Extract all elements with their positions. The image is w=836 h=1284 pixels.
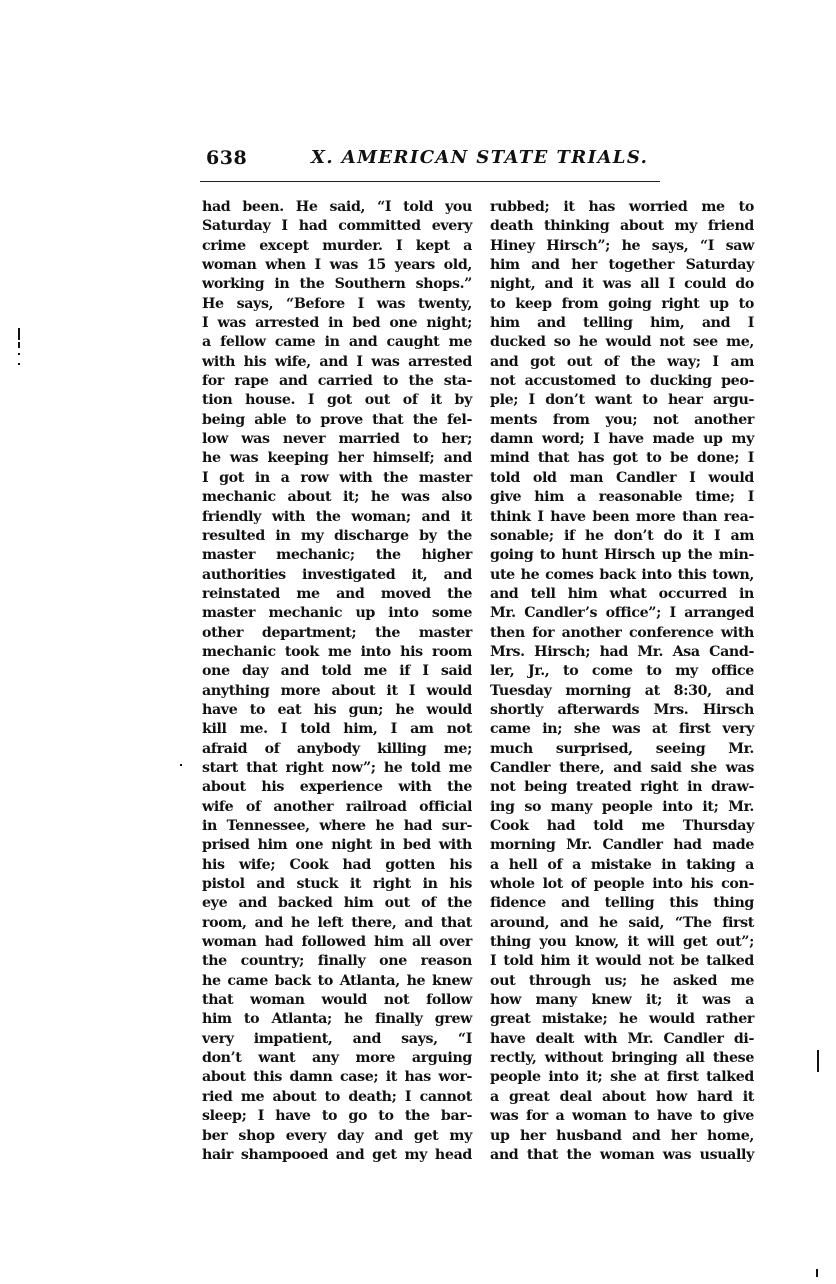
text-line: start that right now”; he told me [202,759,472,778]
text-line: a fellow came in and caught me [202,333,472,352]
text-line: anything more about it I would [202,682,472,701]
text-line: I told him it would not be talked [490,952,754,971]
text-line: Mr. Candler’s office”; I arranged [490,604,754,623]
text-line: ler, Jr., to come to my office [490,662,754,681]
text-line: him and her together Saturday [490,256,754,275]
text-line: sleep; I have to go to the bar- [202,1107,472,1126]
text-line: how many knew it; it was a [490,991,754,1010]
text-line: about his experience with the [202,778,472,797]
text-line: whole lot of people into his con- [490,875,754,894]
text-line: room, and he left there, and that [202,914,472,933]
text-line: I was arrested in bed one night; [202,314,472,333]
margin-mark-bottom-right [816,1269,818,1277]
text-line: give him a reasonable time; I [490,488,754,507]
text-line: pistol and stuck it right in his [202,875,472,894]
margin-mark-left [18,328,20,340]
text-line: ments from you; not another [490,411,754,430]
text-line: low was never married to her; [202,430,472,449]
text-line: woman when I was 15 years old, [202,256,472,275]
text-line: a great deal about how hard it [490,1088,754,1107]
text-line: reinstated me and moved the [202,585,472,604]
book-page: 638 X. AMERICAN STATE TRIALS. had been. … [0,0,836,1284]
text-line: resulted in my discharge by the [202,527,472,546]
text-line: ducked so he would not see me, [490,333,754,352]
text-line: have to eat his gun; he would [202,701,472,720]
text-line: ber shop every day and get my [202,1127,472,1146]
text-line: master mechanic up into some [202,604,472,623]
text-line: crime except murder. I kept a [202,237,472,256]
text-line: then for another conference with [490,624,754,643]
text-line: shortly afterwards Mrs. Hirsch [490,701,754,720]
text-line: out through us; he asked me [490,972,754,991]
text-line: ing so many people into it; Mr. [490,798,754,817]
text-line: afraid of anybody killing me; [202,740,472,759]
text-line: his wife; Cook had gotten his [202,856,472,875]
margin-mark-left-dot [18,353,20,355]
text-line: mind that has got to be done; I [490,449,754,468]
text-line: other department; the master [202,624,472,643]
text-line: he was keeping her himself; and [202,449,472,468]
text-line: him to Atlanta; he finally grew [202,1010,472,1029]
text-line: ried me about to death; I cannot [202,1088,472,1107]
text-line: for rape and carried to the sta- [202,372,472,391]
text-line: to keep from going right up to [490,295,754,314]
margin-mark-left-dot-2 [18,363,20,365]
text-line: around, and he said, “The first [490,914,754,933]
text-line: don’t want any more arguing [202,1049,472,1068]
text-line: rectly, without bringing all these [490,1049,754,1068]
text-line: working in the Southern shops.” [202,275,472,294]
text-line: damn word; I have made up my [490,430,754,449]
text-line: people into it; she at first talked [490,1068,754,1087]
text-line: one day and told me if I said [202,662,472,681]
text-line: morning Mr. Candler had made [490,836,754,855]
text-line: and that the woman was usually [490,1146,754,1165]
text-line: death thinking about my friend [490,217,754,236]
text-line: going to hunt Hirsch up the min- [490,546,754,565]
text-line: friendly with the woman; and it [202,508,472,527]
text-line: mechanic took me into his room [202,643,472,662]
text-line: that woman would not follow [202,991,472,1010]
text-line: fidence and telling this thing [490,894,754,913]
text-line: and tell him what occurred in [490,585,754,604]
text-line: he came back to Atlanta, he knew [202,972,472,991]
text-line: rubbed; it has worried me to [490,198,754,217]
header-rule [200,181,660,182]
text-line: Candler there, and said she was [490,759,754,778]
text-line: very impatient, and says, “I [202,1030,472,1049]
text-line: the country; finally one reason [202,952,472,971]
text-line: much surprised, seeing Mr. [490,740,754,759]
text-line: kill me. I told him, I am not [202,720,472,739]
running-title: X. AMERICAN STATE TRIALS. [311,147,648,168]
text-line: Hiney Hirsch”; he says, “I saw [490,237,754,256]
text-line: Cook had told me Thursday [490,817,754,836]
text-line: a hell of a mistake in taking a [490,856,754,875]
left-column: had been. He said, “I told youSaturday I… [202,198,472,1165]
margin-mark-left-2 [18,342,20,348]
text-line: master mechanic; the higher [202,546,472,565]
margin-dot-left-column [180,764,182,766]
text-line: told old man Candler I would [490,469,754,488]
text-line: ute he comes back into this town, [490,566,754,585]
text-line: mechanic about it; he was also [202,488,472,507]
text-line: sonable; if he don’t do it I am [490,527,754,546]
text-line: He says, “Before I was twenty, [202,295,472,314]
text-line: had been. He said, “I told you [202,198,472,217]
text-line: with his wife, and I was arrested [202,353,472,372]
text-line: Mrs. Hirsch; had Mr. Asa Cand- [490,643,754,662]
text-line: hair shampooed and get my head [202,1146,472,1165]
text-line: being able to prove that the fel- [202,411,472,430]
text-line: and got out of the way; I am [490,353,754,372]
text-line: great mistake; he would rather [490,1010,754,1029]
text-line: night, and it was all I could do [490,275,754,294]
text-line: not accustomed to ducking peo- [490,372,754,391]
text-line: in Tennessee, where he had sur- [202,817,472,836]
text-line: think I have been more than rea- [490,508,754,527]
text-line: came in; she was at first very [490,720,754,739]
text-line: him and telling him, and I [490,314,754,333]
text-line: wife of another railroad official [202,798,472,817]
text-line: Tuesday morning at 8:30, and [490,682,754,701]
margin-mark-right [817,1050,819,1072]
text-line: have dealt with Mr. Candler di- [490,1030,754,1049]
text-line: was for a woman to have to give [490,1107,754,1126]
text-line: tion house. I got out of it by [202,391,472,410]
text-line: Saturday I had committed every [202,217,472,236]
text-line: ple; I don’t want to hear argu- [490,391,754,410]
text-line: not being treated right in draw- [490,778,754,797]
page-number: 638 [206,147,247,169]
text-line: eye and backed him out of the [202,894,472,913]
text-line: I got in a row with the master [202,469,472,488]
text-line: thing you know, it will get out”; [490,933,754,952]
text-line: up her husband and her home, [490,1127,754,1146]
text-line: authorities investigated it, and [202,566,472,585]
text-line: about this damn case; it has wor- [202,1068,472,1087]
running-head: 638 X. AMERICAN STATE TRIALS. [200,147,658,175]
right-column: rubbed; it has worried me todeath thinki… [490,198,754,1165]
text-line: woman had followed him all over [202,933,472,952]
text-line: prised him one night in bed with [202,836,472,855]
